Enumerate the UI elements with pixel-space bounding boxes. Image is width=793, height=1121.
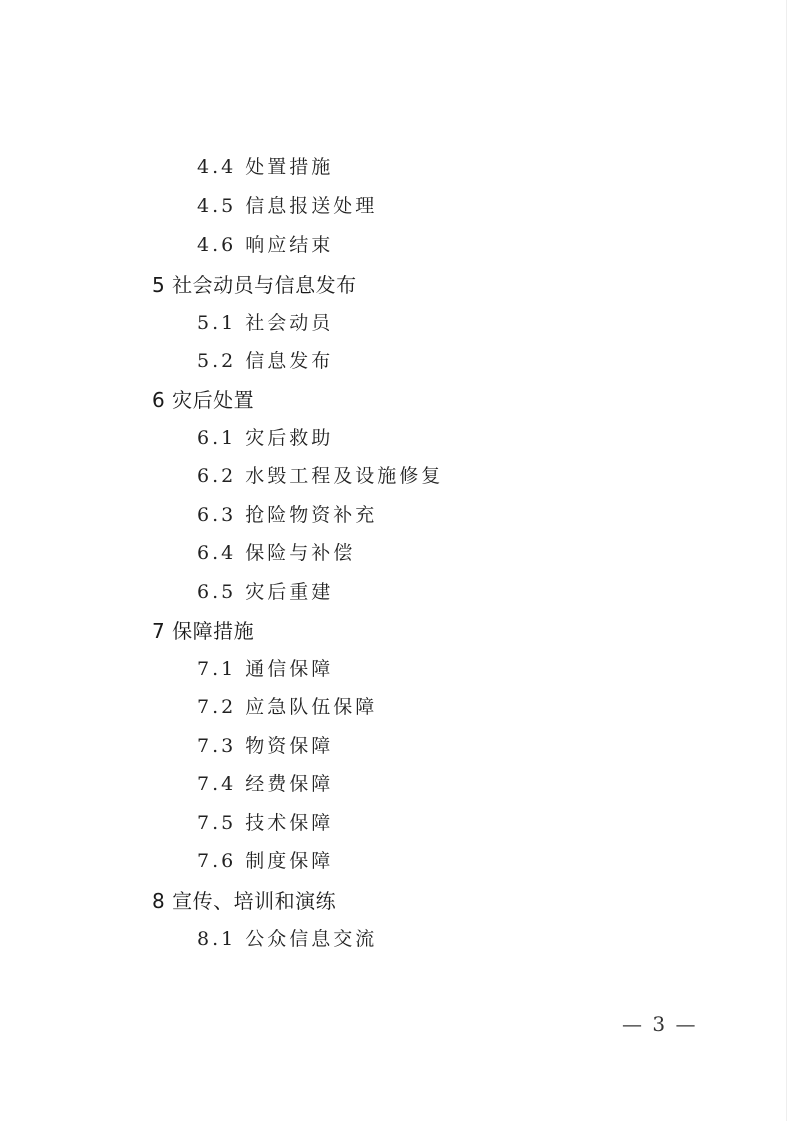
toc-subsection-item: 7.1 通信保障 [197,654,333,681]
toc-section-heading: 5 社会动员与信息发布 [152,269,357,298]
toc-subsection-item: 7.6 制度保障 [197,846,333,873]
toc-subsection-item: 7.5 技术保障 [197,808,333,835]
toc-subsection-item: 6.4 保险与补偿 [197,538,355,565]
toc-subsection-item: 4.4 处置措施 [197,152,333,179]
toc-subsection-item: 4.5 信息报送处理 [197,191,377,218]
toc-section-heading: 8 宣传、培训和演练 [152,885,336,914]
toc-subsection-item: 6.5 灾后重建 [197,577,333,604]
document-page: 4.4 处置措施4.5 信息报送处理4.6 响应结束5 社会动员与信息发布5.1… [0,0,793,1121]
toc-subsection-item: 6.2 水毁工程及设施修复 [197,461,443,488]
toc-subsection-item: 8.1 公众信息交流 [197,924,377,951]
toc-subsection-item: 7.4 经费保障 [197,769,333,796]
toc-section-heading: 7 保障措施 [152,615,254,644]
page-edge [786,0,787,1121]
toc-subsection-item: 5.1 社会动员 [197,308,333,335]
toc-subsection-item: 7.2 应急队伍保障 [197,692,377,719]
toc-subsection-item: 7.3 物资保障 [197,731,333,758]
toc-section-heading: 6 灾后处置 [152,384,254,413]
toc-subsection-item: 4.6 响应结束 [197,230,333,257]
toc-subsection-item: 6.3 抢险物资补充 [197,500,377,527]
toc-subsection-item: 5.2 信息发布 [197,346,333,373]
page-number: — 3 — [622,1012,697,1036]
toc-subsection-item: 6.1 灾后救助 [197,423,333,450]
